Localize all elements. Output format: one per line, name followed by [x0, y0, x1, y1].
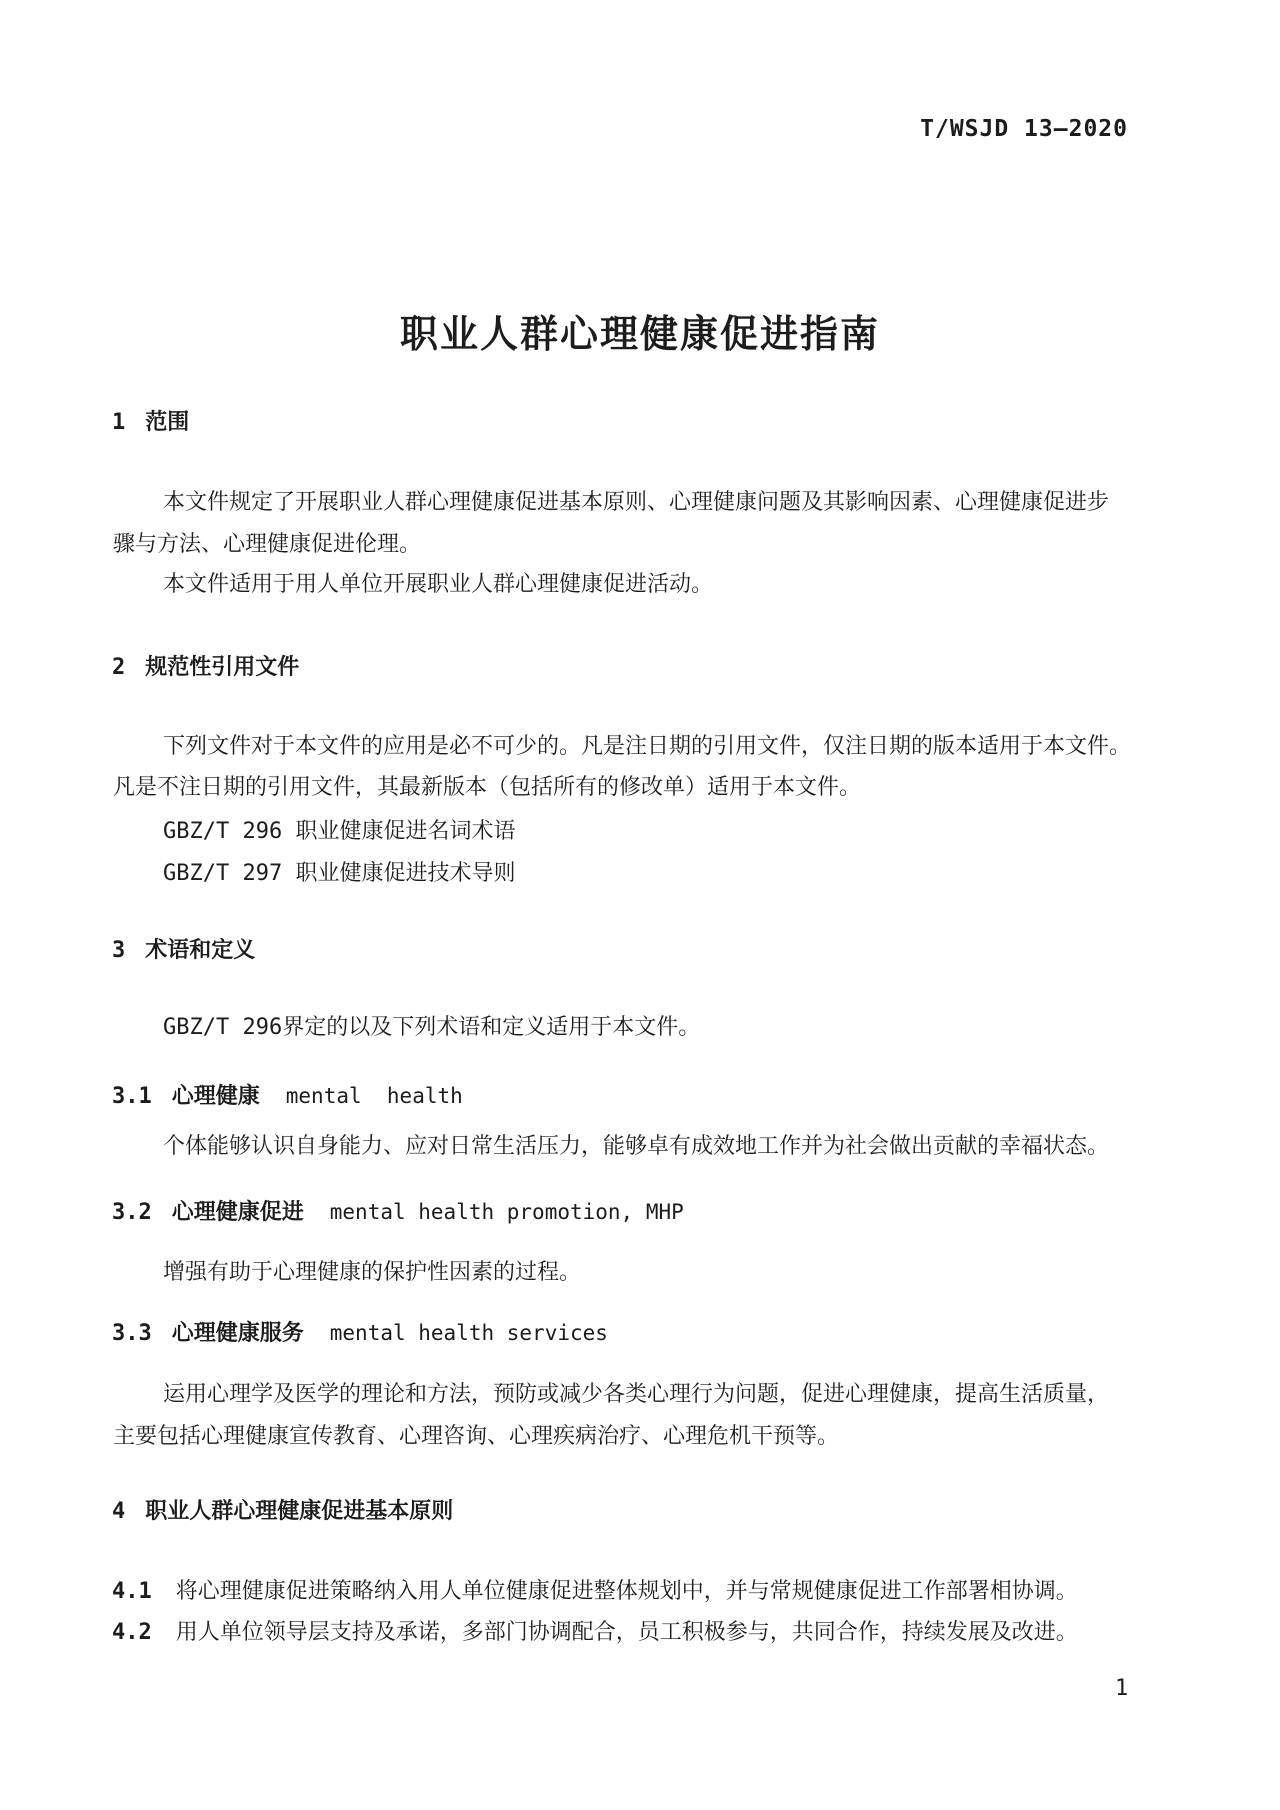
term-3-1-heading: 3.1心理健康mental health	[112, 1082, 463, 1111]
term-3-3-heading: 3.3心理健康服务mental health services	[112, 1319, 608, 1348]
term-3-3-definition-line-2: 主要包括心理健康宣传教育、心理咨询、心理疾病治疗、心理危机干预等。	[113, 1423, 839, 1451]
clause-4-2-number: 4.2	[112, 1619, 152, 1647]
term-3-1-number: 3.1	[112, 1083, 152, 1111]
section-1-number: 1	[112, 409, 125, 437]
section-1-heading: 1范围	[112, 409, 189, 437]
section-2-paragraph-1-line-2: 凡是不注日期的引用文件，其最新版本（包括所有的修改单）适用于本文件。	[113, 774, 861, 802]
term-3-2-number: 3.2	[112, 1199, 152, 1227]
term-3-1-en: mental health	[286, 1084, 463, 1108]
page-number: 1	[1115, 1676, 1128, 1701]
header-standard-code: T/WSJD 13—2020	[920, 116, 1128, 142]
clause-4-2: 4.2用人单位领导层支持及承诺，多部门协调配合，员工积极参与，共同合作，持续发展…	[112, 1619, 1078, 1647]
term-3-2-definition: 增强有助于心理健康的保护性因素的过程。	[163, 1259, 581, 1287]
section-3-intro: GBZ/T 296界定的以及下列术语和定义适用于本文件。	[163, 1014, 700, 1042]
term-3-2-heading: 3.2心理健康促进mental health promotion, MHP	[112, 1198, 684, 1227]
term-3-3-number: 3.3	[112, 1320, 152, 1348]
section-3-heading: 3术语和定义	[112, 937, 255, 965]
clause-4-1-text: 将心理健康促进策略纳入用人单位健康促进整体规划中，并与常规健康促进工作部署相协调…	[176, 1579, 1078, 1604]
term-3-2-zh: 心理健康促进	[172, 1200, 304, 1225]
clause-4-1: 4.1将心理健康促进策略纳入用人单位健康促进整体规划中，并与常规健康促进工作部署…	[112, 1578, 1078, 1606]
term-3-1-zh: 心理健康	[172, 1084, 260, 1109]
section-2-paragraph-1-line-1: 下列文件对于本文件的应用是必不可少的。凡是注日期的引用文件，仅注日期的版本适用于…	[163, 733, 1131, 761]
clause-4-2-text: 用人单位领导层支持及承诺，多部门协调配合，员工积极参与，共同合作，持续发展及改进…	[176, 1620, 1078, 1645]
section-1-title: 范围	[145, 410, 189, 435]
term-3-3-zh: 心理健康服务	[172, 1321, 304, 1346]
section-4-number: 4	[112, 1498, 125, 1526]
document-title: 职业人群心理健康促进指南	[0, 303, 1280, 358]
term-3-3-definition-line-1: 运用心理学及医学的理论和方法，预防或减少各类心理行为问题，促进心理健康，提高生活…	[163, 1381, 1109, 1409]
section-4-heading: 4职业人群心理健康促进基本原则	[112, 1498, 453, 1526]
term-3-3-en: mental health services	[330, 1321, 608, 1345]
section-2-number: 2	[112, 654, 125, 682]
section-1-paragraph-2: 本文件适用于用人单位开展职业人群心理健康促进活动。	[163, 571, 713, 599]
section-3-title: 术语和定义	[145, 938, 255, 963]
section-2-title: 规范性引用文件	[145, 655, 299, 680]
section-2-heading: 2规范性引用文件	[112, 654, 299, 682]
section-1-paragraph-1-line-1: 本文件规定了开展职业人群心理健康促进基本原则、心理健康问题及其影响因素、心理健康…	[163, 489, 1109, 517]
normative-reference-2: GBZ/T 297 职业健康促进技术导则	[163, 860, 515, 888]
clause-4-1-number: 4.1	[112, 1578, 152, 1606]
document-page: T/WSJD 13—2020 职业人群心理健康促进指南 1范围 本文件规定了开展…	[0, 0, 1280, 1810]
section-3-number: 3	[112, 937, 125, 965]
term-3-2-en: mental health promotion, MHP	[330, 1200, 684, 1224]
section-4-title: 职业人群心理健康促进基本原则	[145, 1499, 453, 1524]
section-1-paragraph-1-line-2: 骤与方法、心理健康促进伦理。	[113, 531, 421, 559]
normative-reference-1: GBZ/T 296 职业健康促进名词术语	[163, 818, 515, 846]
term-3-1-definition: 个体能够认识自身能力、应对日常生活压力，能够卓有成效地工作并为社会做出贡献的幸福…	[163, 1133, 1109, 1161]
